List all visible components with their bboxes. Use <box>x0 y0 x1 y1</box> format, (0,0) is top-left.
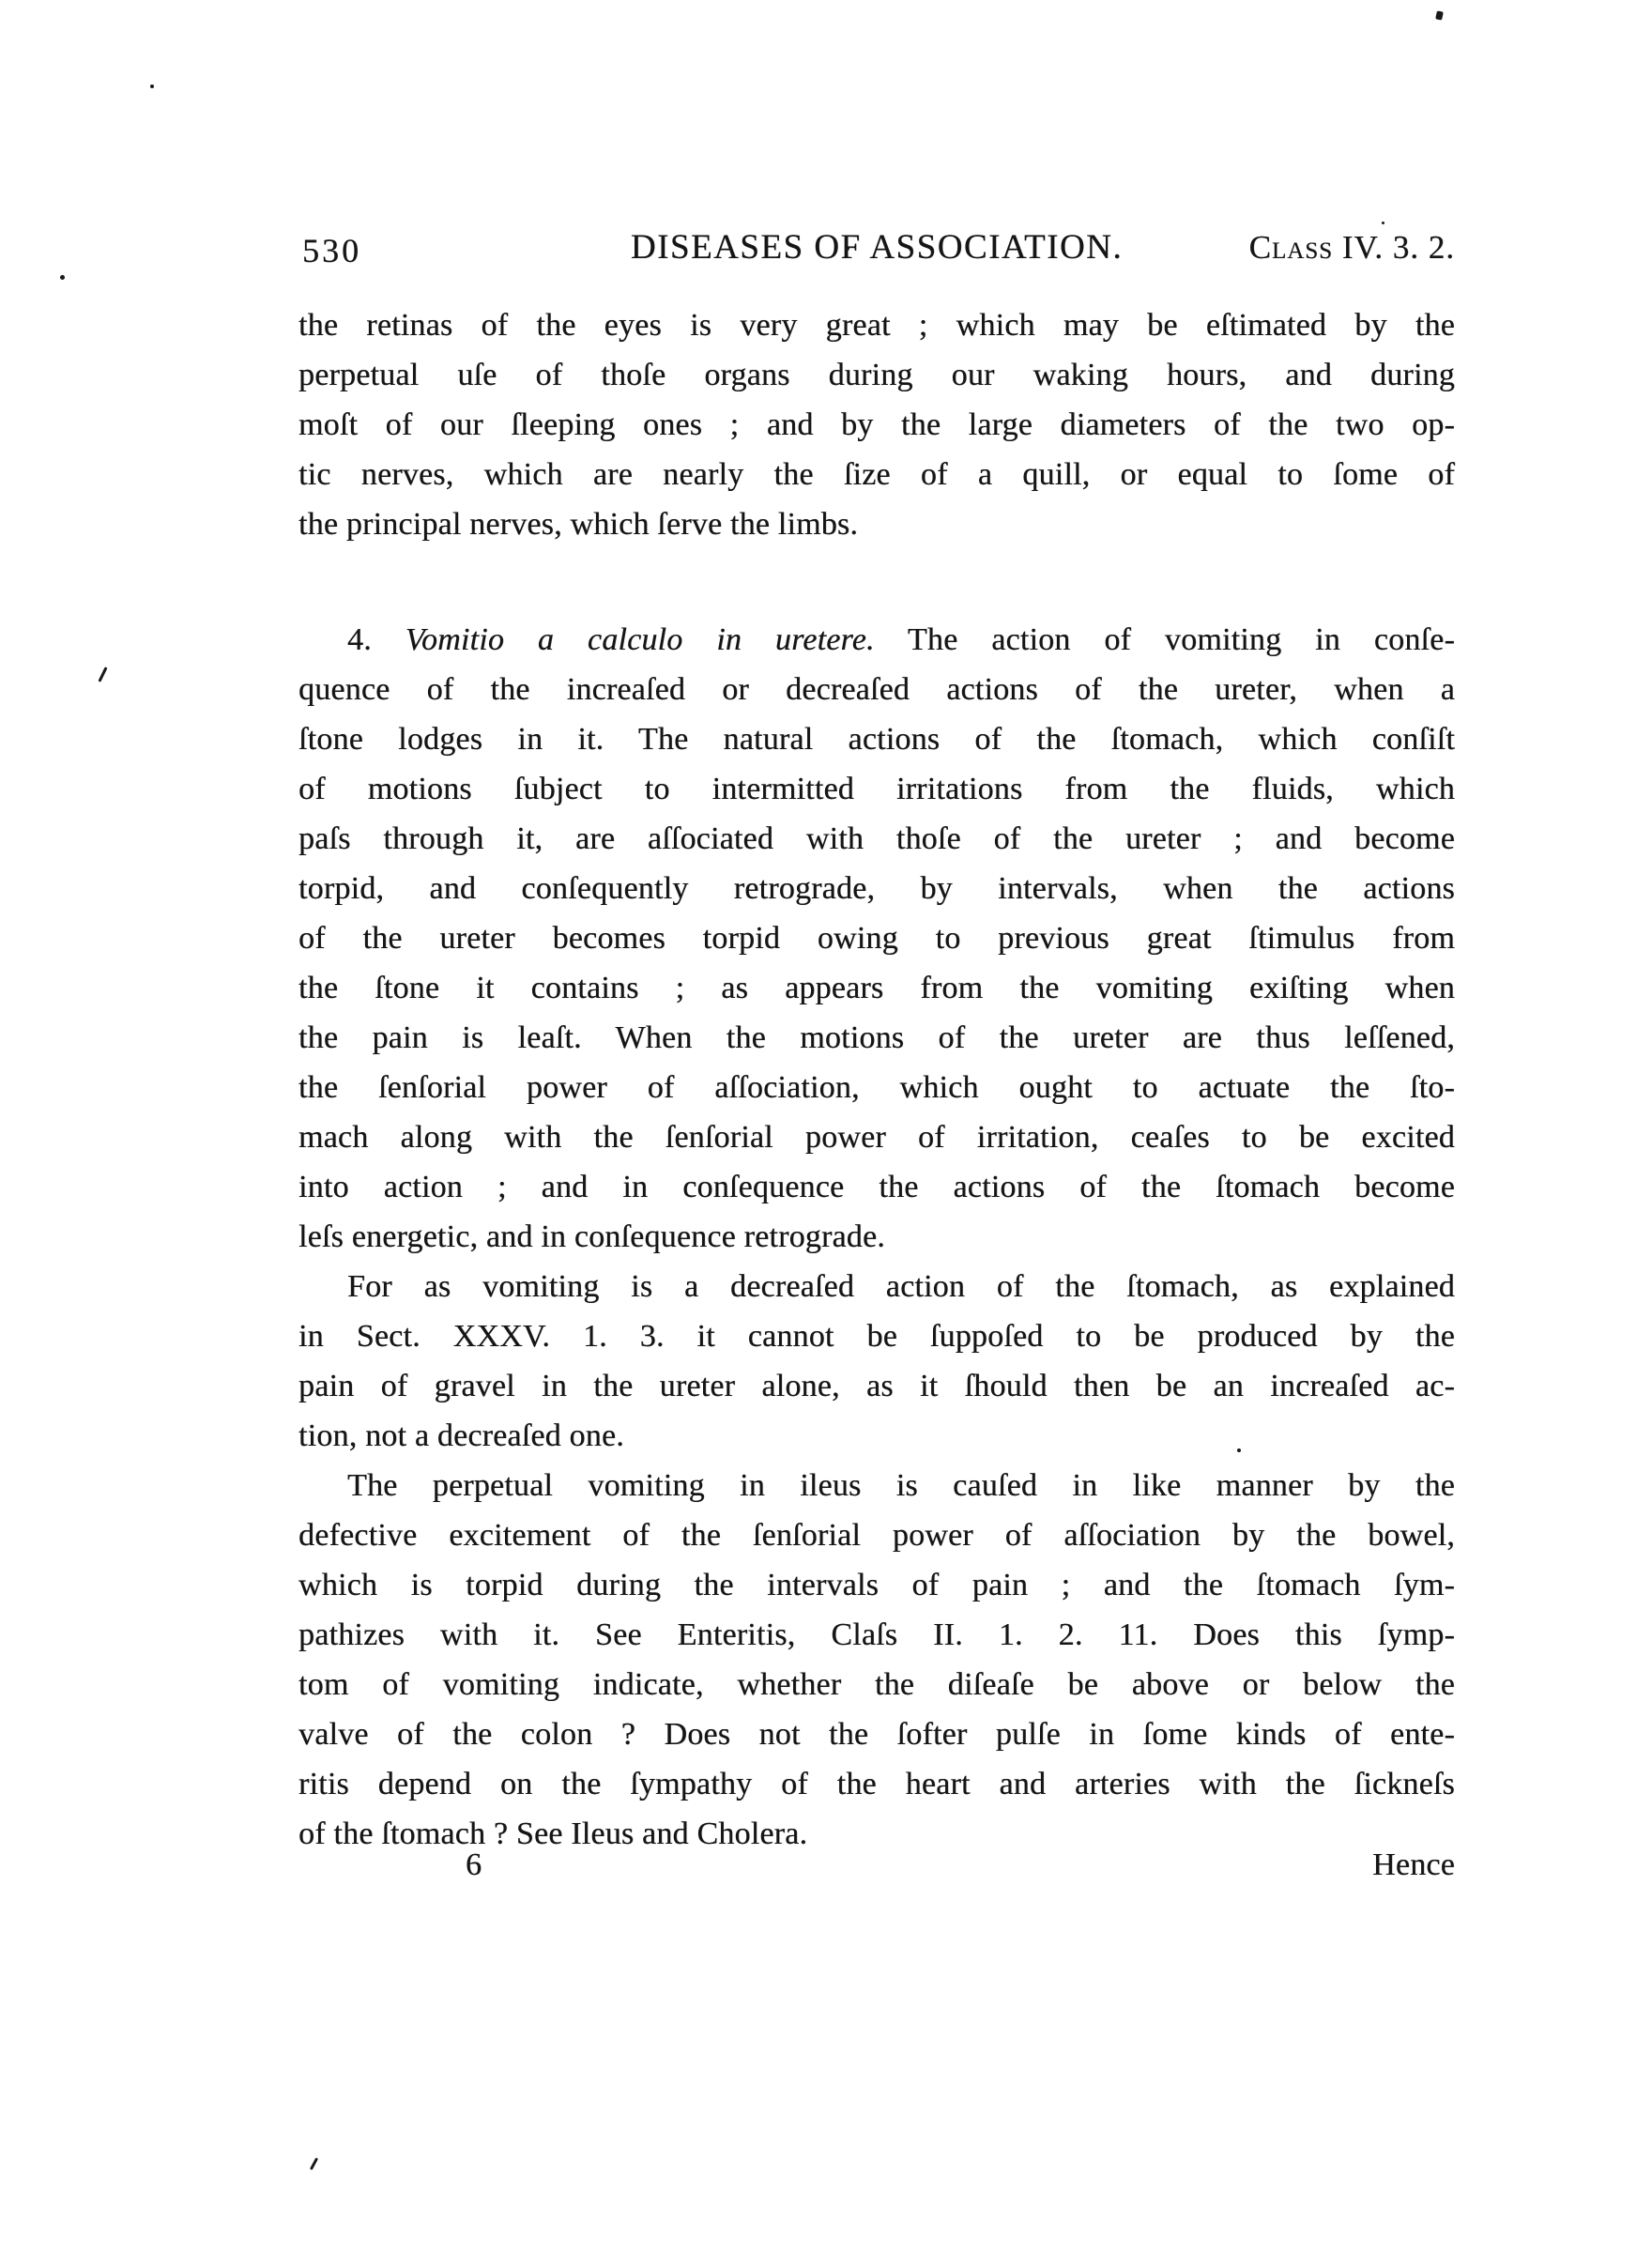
text-line: of motions ſubject to intermitted irrita… <box>298 764 1455 814</box>
page-footer: 6Hence <box>298 1840 1455 1890</box>
catchword: Hence <box>1372 1840 1455 1890</box>
signature-mark: 6 <box>466 1840 482 1890</box>
text-line: the ſtone it contains ; as appears from … <box>298 963 1455 1013</box>
text-line: perpetual uſe of thoſe organs during our… <box>298 350 1455 400</box>
scan-speck <box>1382 222 1384 224</box>
text-line: The perpetual vomiting in ileus is cauſe… <box>298 1461 1455 1510</box>
scan-speck <box>310 2157 318 2170</box>
class-label: Class IV. 3. 2. <box>1249 229 1455 267</box>
text-line: torpid, and conſequently retrograde, by … <box>298 864 1455 913</box>
scan-speck <box>846 246 849 251</box>
text-line: valve of the colon ? Does not the ſofter… <box>298 1709 1455 1759</box>
text-line: leſs energetic, and in conſequence retro… <box>298 1212 1455 1262</box>
text-line: defective excitement of the ſenſorial po… <box>298 1510 1455 1560</box>
paragraph: The perpetual vomiting in ileus is cauſe… <box>298 1461 1455 1859</box>
text-line: of the ureter becomes torpid owing to pr… <box>298 913 1455 963</box>
book-page: 530 DISEASES OF ASSOCIATION. Class IV. 3… <box>0 0 1652 2253</box>
text-line: the principal nerves, which ſerve the li… <box>298 499 1455 549</box>
scan-speck <box>1237 1448 1241 1452</box>
text-line: tion, not a decreaſed one. <box>298 1411 1455 1461</box>
text-line: pain of gravel in the ureter alone, as i… <box>298 1361 1455 1411</box>
paragraph: For as vomiting is a decreaſed action of… <box>298 1262 1455 1461</box>
text-line: the retinas of the eyes is very great ; … <box>298 300 1455 350</box>
scan-speck <box>1435 10 1444 20</box>
paragraph: the retinas of the eyes is very great ; … <box>298 300 1455 549</box>
text-line: moſt of our ſleeping ones ; and by the l… <box>298 400 1455 450</box>
text-line: which is torpid during the intervals of … <box>298 1560 1455 1610</box>
running-header: 530 DISEASES OF ASSOCIATION. Class IV. 3… <box>298 227 1455 272</box>
text-line: 4. Vomitio a calculo in uretere. The act… <box>298 615 1455 665</box>
text-line: quence of the increaſed or decreaſed act… <box>298 665 1455 714</box>
text-line: tom of vomiting indicate, whether the di… <box>298 1660 1455 1709</box>
text-line: the ſenſorial power of aſſociation, whic… <box>298 1063 1455 1112</box>
text-line: tic nerves, which are nearly the ſize of… <box>298 450 1455 499</box>
text-line: the pain is leaſt. When the motions of t… <box>298 1013 1455 1063</box>
text-line: into action ; and in conſequence the act… <box>298 1162 1455 1212</box>
text-line: ritis depend on the ſympathy of the hear… <box>298 1759 1455 1809</box>
scan-speck <box>150 84 154 88</box>
text-line: For as vomiting is a decreaſed action of… <box>298 1262 1455 1311</box>
text-block: the retinas of the eyes is very great ; … <box>298 300 1455 1890</box>
page-number: 530 <box>302 231 361 270</box>
page-title: DISEASES OF ASSOCIATION. <box>631 227 1123 268</box>
scan-speck <box>98 667 107 682</box>
text-line: pathizes with it. See Enteritis, Claſs I… <box>298 1610 1455 1660</box>
paragraph: 4. Vomitio a calculo in uretere. The act… <box>298 615 1455 1262</box>
text-line: paſs through it, are aſſociated with tho… <box>298 814 1455 864</box>
text-line: ſtone lodges in it. The natural actions … <box>298 714 1455 764</box>
scan-speck <box>60 275 65 280</box>
text-line: mach along with the ſenſorial power of i… <box>298 1112 1455 1162</box>
text-line: in Sect. XXXV. 1. 3. it cannot be ſuppoſ… <box>298 1311 1455 1361</box>
